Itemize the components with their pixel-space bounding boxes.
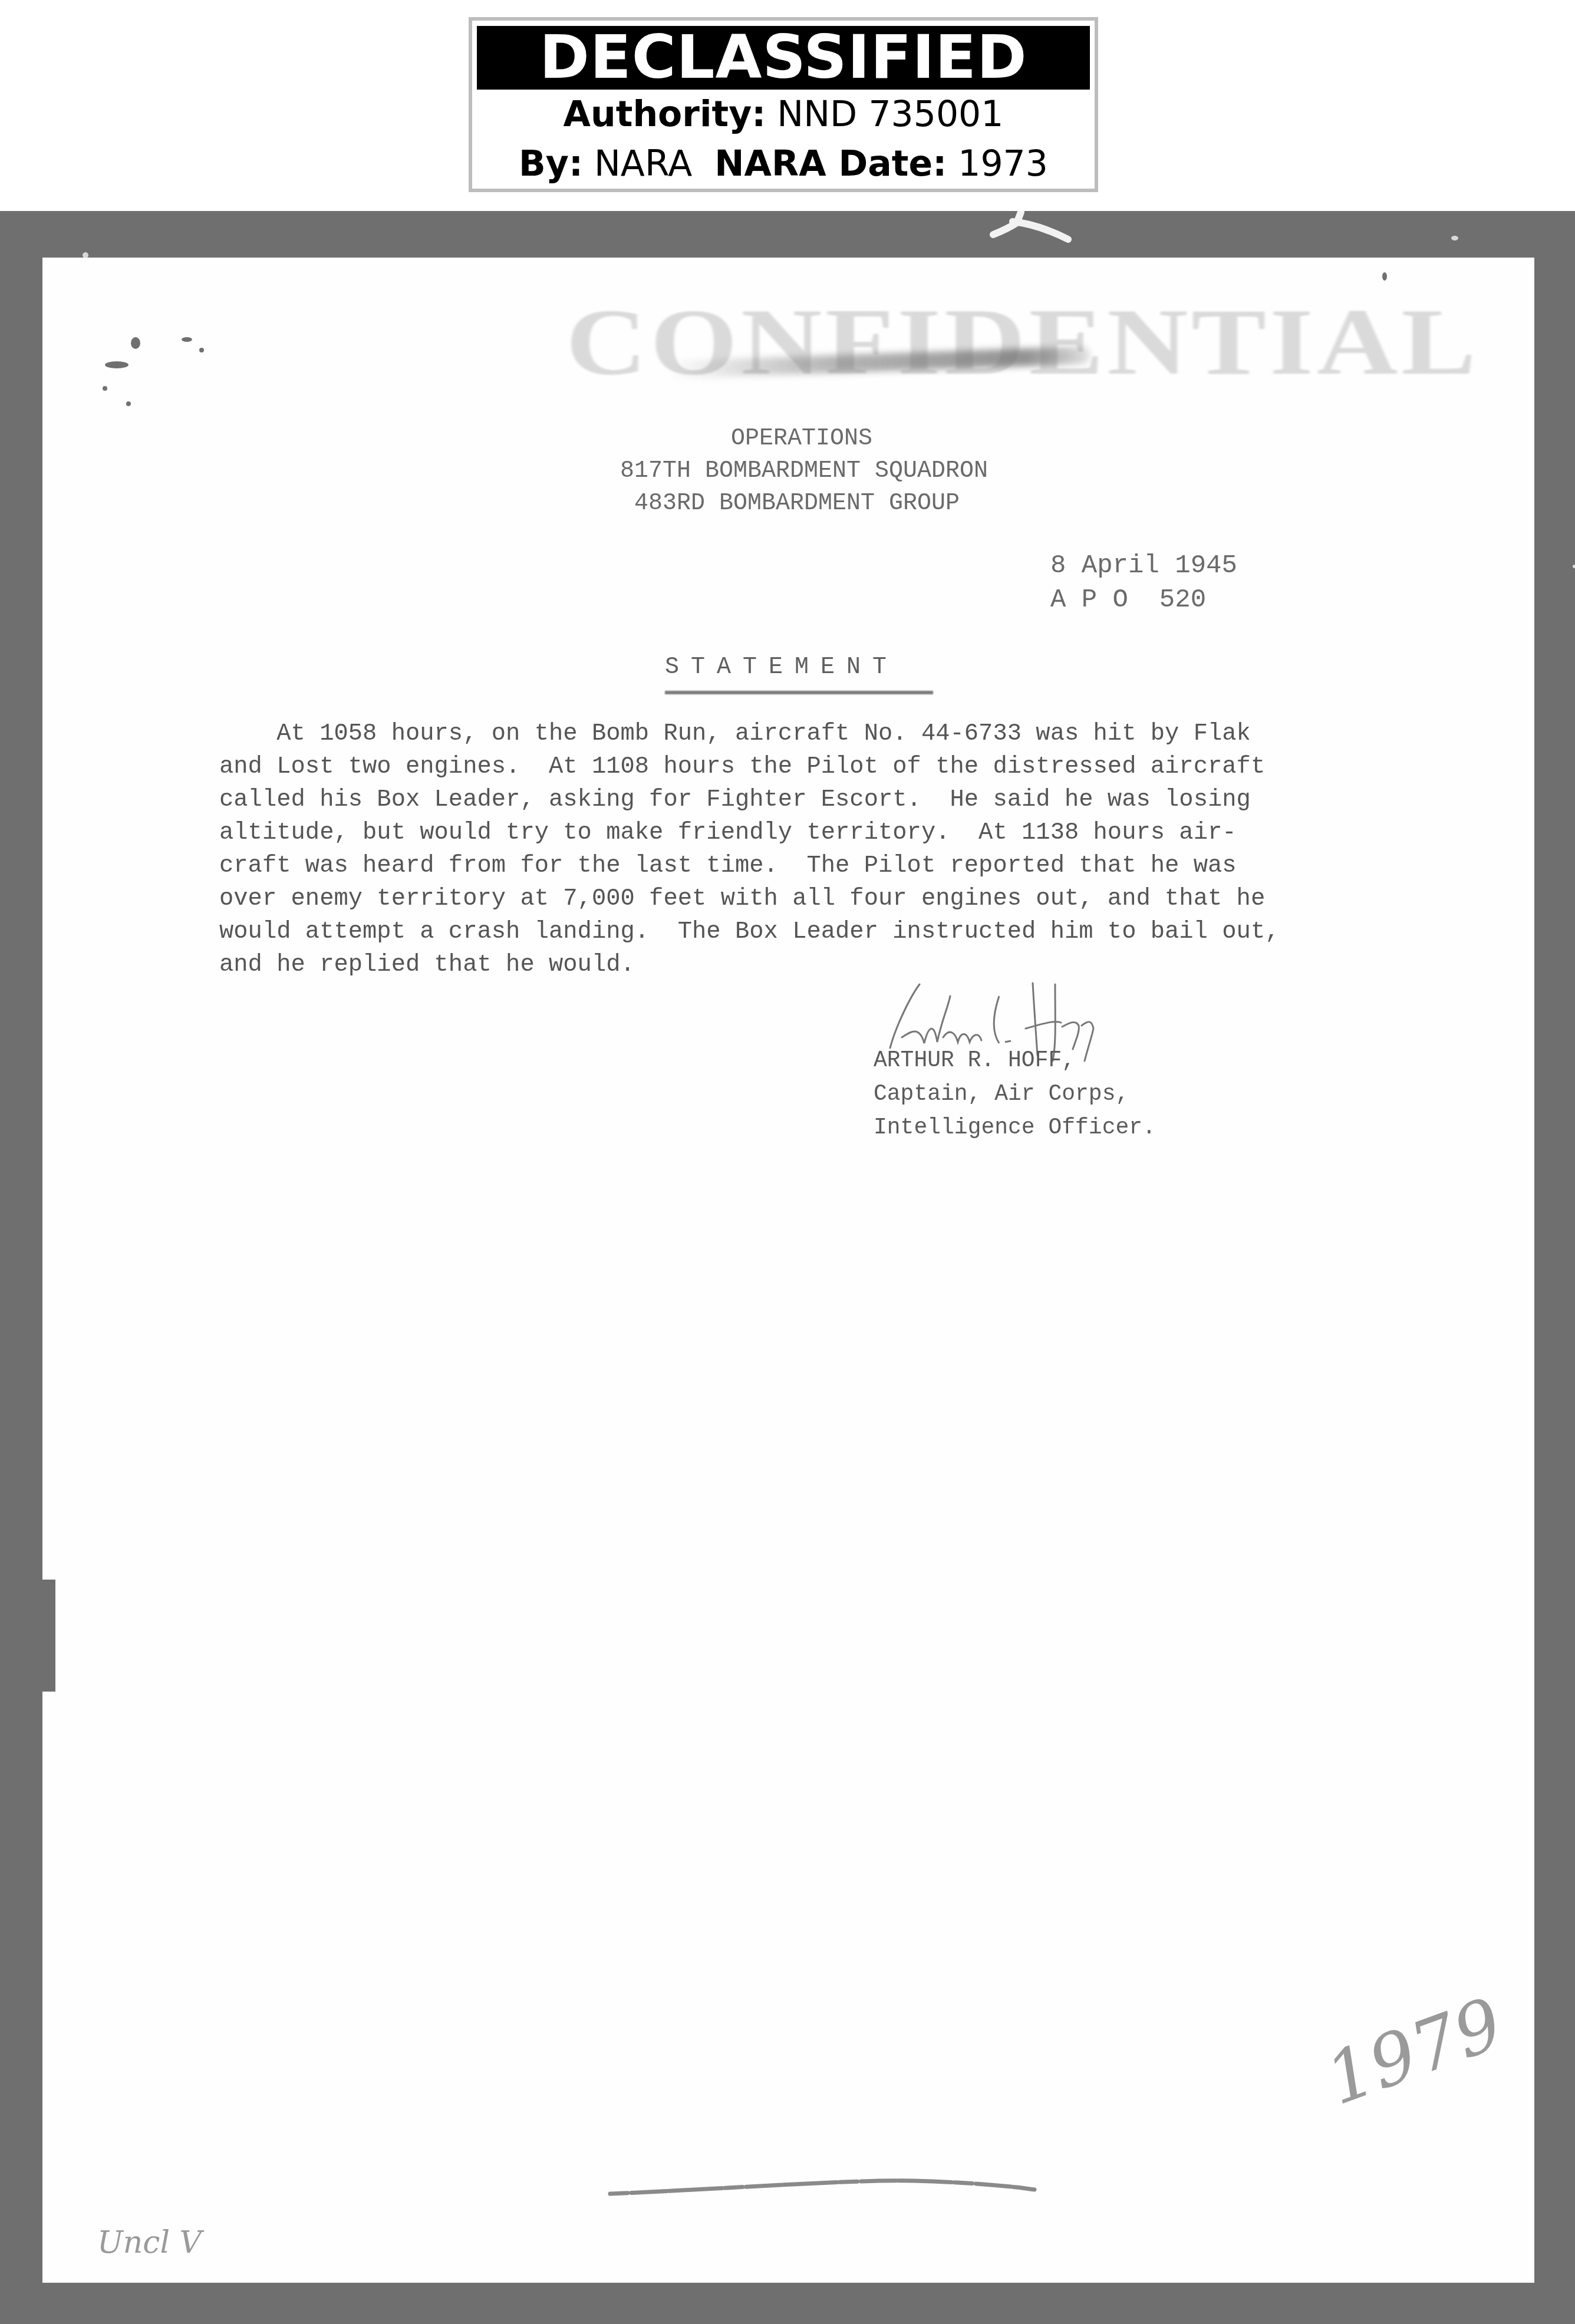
body-line: would attempt a crash landing. The Box L… xyxy=(219,918,1280,945)
document-page xyxy=(42,258,1534,2283)
scan-speck xyxy=(1573,565,1575,568)
confidential-stamp: CONFIDENTIAL xyxy=(566,288,1480,397)
signatory-name: ARTHUR R. HOFF, xyxy=(874,1048,1075,1073)
authority-label: Authority: xyxy=(564,94,766,135)
signatory-title: Intelligence Officer. xyxy=(874,1115,1156,1140)
header-line-operations: OPERATIONS xyxy=(731,426,872,452)
by-date-line: By: NARA NARA Date: 1973 xyxy=(472,143,1095,184)
authority-line: Authority: NND 735001 xyxy=(472,94,1095,135)
ink-blot xyxy=(131,337,140,349)
header-line-squadron: 817TH BOMBARDMENT SQUADRON xyxy=(620,458,988,484)
body-line: over enemy territory at 7,000 feet with … xyxy=(219,885,1265,912)
body-line: craft was heard from for the last time. … xyxy=(219,852,1237,879)
nara-date-value: 1973 xyxy=(958,143,1048,184)
by-value: NARA xyxy=(594,143,692,184)
nara-date-label: NARA Date: xyxy=(714,143,947,184)
statement-title: STATEMENT xyxy=(665,654,898,681)
apo-number: A P O 520 xyxy=(1050,585,1206,615)
ink-blot xyxy=(1382,272,1387,281)
authority-value: NND 735001 xyxy=(777,94,1003,135)
ink-blot xyxy=(126,401,131,406)
body-line: called his Box Leader, asking for Fighte… xyxy=(219,786,1251,813)
body-line: At 1058 hours, on the Bomb Run, aircraft… xyxy=(219,720,1251,747)
document-date: 8 April 1945 xyxy=(1050,551,1237,581)
ink-blot xyxy=(182,337,192,342)
signatory-rank: Captain, Air Corps, xyxy=(874,1082,1129,1107)
declassification-stamp: DECLASSIFIED Authority: NND 735001 By: N… xyxy=(469,17,1098,192)
body-line: and Lost two engines. At 1108 hours the … xyxy=(219,753,1265,780)
body-line: and he replied that he would. xyxy=(219,951,635,978)
declassified-banner: DECLASSIFIED xyxy=(477,26,1090,90)
ink-blot xyxy=(105,361,128,368)
by-label: By: xyxy=(519,143,583,184)
header-line-group: 483RD BOMBARDMENT GROUP xyxy=(634,490,960,517)
ink-blot xyxy=(199,348,204,352)
paper-edge-notch xyxy=(42,1580,55,1692)
handwritten-note: Uncl V xyxy=(97,2225,202,2260)
statement-underline xyxy=(665,691,933,694)
ink-blot xyxy=(103,386,107,391)
stamp-residue-line xyxy=(607,2175,1037,2198)
scan-speck xyxy=(1451,236,1458,240)
body-line: altitude, but would try to make friendly… xyxy=(219,819,1237,846)
scan-scratch-mark xyxy=(984,211,1073,246)
